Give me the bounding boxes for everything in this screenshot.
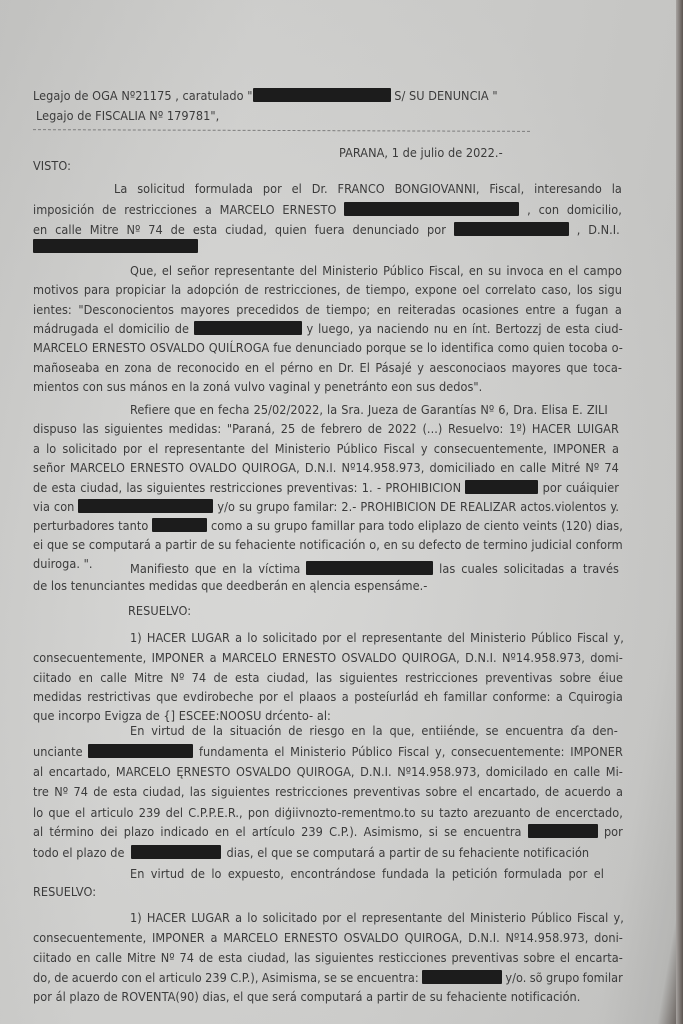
body-text-line: mientos con sus mános en la zoná vulvo v…: [33, 379, 482, 395]
word: acuerdo: [72, 970, 118, 986]
word: domicilio,: [567, 202, 622, 218]
word: Dr.: [338, 360, 354, 376]
word: acuerdo: [564, 784, 610, 800]
word: plaaos: [299, 689, 336, 705]
redaction-bar: [422, 970, 502, 984]
word: encuentra: [463, 824, 521, 840]
word: se: [410, 340, 423, 356]
legajo-fiscalia-text: Legajo de FISCALIA Nº 179781",: [36, 108, 219, 123]
word: Que,: [130, 263, 157, 279]
word: Mitre: [90, 222, 119, 238]
word: tre: [33, 784, 49, 800]
word: las: [126, 480, 142, 496]
word: tazto: [439, 805, 468, 821]
word: a: [155, 537, 162, 553]
body-text-line: de los tenunciantes medidas que deedberá…: [33, 578, 427, 594]
word: que,: [389, 723, 414, 739]
word: MARCELO: [220, 202, 275, 218]
word: por: [259, 689, 278, 705]
word: restricciones: [210, 480, 283, 496]
word: o-: [612, 340, 623, 356]
word: ínt.: [472, 321, 491, 337]
word: y: [421, 441, 428, 457]
word: esta: [52, 480, 76, 496]
word: en: [351, 723, 365, 739]
word: lo: [46, 441, 56, 457]
word: Público: [352, 744, 393, 760]
word: porque: [366, 340, 406, 356]
body-text-line: medidasrestrictivasqueevdirobecheporelpl…: [33, 689, 623, 705]
word: de: [403, 402, 417, 418]
word: encuentra: [505, 723, 563, 739]
word: fuera: [315, 222, 345, 238]
word: medidas: [33, 689, 82, 705]
word: OSVALDO: [150, 340, 205, 356]
word: ciudad,: [80, 480, 122, 496]
word: de: [33, 480, 47, 496]
body-text-line: viacony/osugrupofamilar:2.-PROHIBICIONDE…: [33, 499, 619, 515]
word: el: [346, 910, 356, 926]
word: y,: [613, 910, 623, 926]
word: dias,: [596, 518, 623, 534]
word: interesando: [534, 181, 602, 197]
word: encuentra:: [357, 970, 419, 986]
body-text-line: consecuentemente,IMPONERaMARCELOERNESTOO…: [33, 930, 623, 946]
word: de: [157, 360, 171, 376]
word: a: [616, 784, 623, 800]
word: Nº: [585, 460, 599, 476]
word: FRANCO: [338, 181, 385, 197]
word: grupo: [546, 970, 579, 986]
word: en: [469, 263, 483, 279]
word: esta: [218, 950, 242, 966]
word: en: [500, 460, 514, 476]
word: a: [33, 441, 40, 457]
word: en: [318, 360, 332, 376]
word: solicitado: [62, 441, 117, 457]
word: de: [93, 784, 107, 800]
text-run: RESUELVO:: [128, 603, 191, 618]
word: restricciones,: [264, 282, 340, 298]
legajo-oga-text: Legajo de OGA Nº21175 , caratulado ": [33, 88, 253, 103]
word: el: [560, 950, 570, 966]
body-text-line: señorMARCELOERNESTOOVALDOQUIROGA,D.N.I.N…: [33, 460, 619, 476]
word: el: [75, 805, 85, 821]
word: ientes:: [33, 302, 72, 318]
word: termino: [483, 537, 528, 553]
word: propiciar: [115, 282, 165, 298]
text-run: que incorpo Evigza de {] ESCEE:NOOSU drć…: [33, 708, 331, 723]
word: mañoseaba: [33, 360, 100, 376]
word: de: [175, 321, 189, 337]
word: pon: [248, 805, 269, 821]
word: consecuentemente,: [33, 650, 146, 666]
word: o,: [369, 537, 380, 553]
word: (120): [561, 518, 592, 534]
body-text-line: LasolicitudformuladaporelDr.FRANCOBONGIO…: [114, 181, 622, 197]
word: QUIROGA,: [297, 764, 355, 780]
word: Mitre: [134, 670, 163, 686]
word: esta: [235, 670, 259, 686]
body-text-line: mañoseabaenzonadereconocidoenelpérnoenDr…: [33, 360, 622, 376]
word: expone: [415, 282, 457, 298]
word: 2022: [388, 421, 417, 437]
word: siguientes: [315, 950, 374, 966]
word: siguientes: [211, 784, 270, 800]
resuelvo-heading: RESUELVO:: [33, 884, 96, 900]
word: eliplazo: [418, 518, 462, 534]
word: al: [33, 824, 43, 840]
word: QUIROGA,: [402, 650, 460, 666]
word: de: [192, 723, 206, 739]
word: cuáiquier: [566, 480, 619, 496]
word: El: [360, 360, 370, 376]
word: lo: [33, 805, 43, 821]
word: en: [377, 302, 391, 318]
word: eh: [424, 689, 438, 705]
word: señor: [177, 263, 209, 279]
body-text-line: ciitadoencalleMitreNº74deestaciudad,lass…: [33, 950, 623, 966]
word: en: [76, 950, 90, 966]
word: la: [612, 181, 622, 197]
text-run: de los tenunciantes medidas que deedberá…: [33, 578, 427, 593]
body-text-line: [33, 239, 204, 255]
word: a: [342, 689, 349, 705]
word: Nº: [480, 402, 494, 418]
word: sigu: [598, 282, 622, 298]
word: En: [130, 723, 144, 739]
word: 25/02/2022,: [254, 402, 323, 418]
word: del: [166, 805, 183, 821]
word: de: [536, 805, 550, 821]
word: Garantías: [421, 402, 476, 418]
word: por: [123, 441, 142, 457]
word: nu: [434, 321, 448, 337]
word: de: [213, 670, 227, 686]
word: Nº14.958.973,: [506, 930, 589, 946]
word: fundada: [382, 866, 429, 882]
word: se: [324, 970, 337, 986]
word: lo: [211, 866, 221, 882]
word: de: [465, 537, 479, 553]
dashed-divider: [33, 129, 530, 132]
word: 74: [73, 784, 88, 800]
word: en: [105, 360, 119, 376]
word: en: [453, 321, 467, 337]
word: ciudad,: [143, 784, 185, 800]
word: esta: [113, 784, 137, 800]
word: preventivas: [485, 670, 552, 686]
word: 2.-: [341, 499, 356, 515]
word: preventivas: [353, 784, 420, 800]
word: Ministerio: [470, 910, 526, 926]
word: ,: [527, 202, 531, 218]
word: entiiénde,: [421, 723, 478, 739]
body-text-line: deestaciudad,lassiguientesrestriccionesp…: [33, 480, 619, 496]
word: artículo: [252, 824, 295, 840]
word: Mi-: [606, 764, 623, 780]
word: naciendo: [377, 321, 429, 337]
word: de: [200, 537, 214, 553]
word: zona: [125, 360, 152, 376]
word: el: [162, 263, 172, 279]
word: Nº14.958.973,: [502, 650, 585, 666]
word: luego,: [318, 321, 353, 337]
word: a: [615, 302, 622, 318]
word: adopción: [187, 282, 239, 298]
word: grupo: [256, 499, 289, 515]
word: diģiivnozto-rementmo.to: [274, 805, 415, 821]
word: calle: [95, 950, 122, 966]
word: IMPONER: [152, 930, 205, 946]
word: se: [444, 824, 457, 840]
word: Público: [337, 441, 378, 457]
word: reconocido: [177, 360, 240, 376]
word: lo: [427, 340, 437, 356]
word: domi-: [590, 650, 623, 666]
word: perturbadores: [33, 518, 114, 534]
word: ZILI: [587, 402, 608, 418]
body-text-line: ientes:"Desconocientosmayoresprecedidosd…: [33, 302, 622, 318]
word: La: [114, 181, 127, 197]
word: ciitado: [33, 950, 71, 966]
word: la: [171, 282, 181, 298]
word: por: [543, 480, 562, 496]
word: unciante: [33, 744, 83, 760]
word: de: [244, 282, 258, 298]
word: por: [568, 866, 587, 882]
word: y: [307, 321, 314, 337]
word: Manifiesto: [130, 561, 189, 577]
word: tiempo;: [326, 302, 370, 318]
word: en: [384, 537, 398, 553]
word: como: [498, 340, 529, 356]
redaction-bar: [194, 321, 302, 335]
word: lo: [247, 630, 257, 646]
word: de: [301, 421, 315, 437]
word: den-: [592, 723, 618, 739]
word: en: [549, 263, 563, 279]
word: calle: [574, 764, 601, 780]
word: solicitud: [137, 181, 185, 197]
body-text-line: motivosparapropiciarlaadopciónderestricc…: [33, 282, 622, 298]
word: MARCELO: [222, 650, 277, 666]
word: ERNESTO: [284, 930, 338, 946]
word: los: [577, 282, 593, 298]
word: de: [54, 970, 68, 986]
word: las: [294, 950, 310, 966]
word: calle: [100, 670, 127, 686]
word: y,: [613, 630, 623, 646]
word: del: [448, 910, 465, 926]
word: OSVALDO: [341, 650, 396, 666]
word: Jueza: [368, 402, 399, 418]
word: En: [130, 866, 144, 882]
word: 1.: [362, 480, 373, 496]
word: que: [48, 805, 70, 821]
word: sõ: [530, 970, 543, 986]
word: -: [377, 480, 381, 496]
redaction-bar: [528, 824, 598, 838]
word: fomilar: [583, 970, 623, 986]
word: D.N.I.: [468, 930, 500, 946]
word: oel: [462, 282, 479, 298]
word: encerctado,: [555, 805, 623, 821]
body-text-line: Que,elseñorrepresentantedelMinisterioPúb…: [130, 263, 622, 279]
word: quien: [275, 222, 307, 238]
word: la: [327, 402, 337, 418]
word: representante: [164, 441, 245, 457]
word: LUGAR: [191, 630, 230, 646]
word: Refiere: [130, 402, 170, 418]
word: DE: [440, 499, 456, 515]
word: quien: [533, 340, 565, 356]
word: de: [199, 950, 213, 966]
word: judicial: [531, 537, 572, 553]
word: las: [316, 670, 332, 686]
word: formulada: [195, 181, 253, 197]
word: MARCELO: [116, 764, 171, 780]
word: Fiscal,: [489, 181, 524, 197]
body-text-line: mádrugadaeldomiciliodeyluego,yanaciendon…: [33, 321, 623, 337]
word: Nº14.958.973,: [397, 764, 480, 780]
word: articulo: [159, 970, 202, 986]
word: Fiscal,: [429, 263, 464, 279]
word: LUIGAR: [577, 421, 619, 437]
word: medidas:: [169, 421, 222, 437]
word: (...): [422, 421, 442, 437]
word: Ministerio: [322, 263, 378, 279]
redaction-bar: [454, 222, 569, 236]
word: PROHIBICION: [360, 499, 436, 515]
word: actos.violentos: [520, 499, 606, 515]
word: calle: [55, 222, 82, 238]
word: virtud: [151, 866, 185, 882]
word: HACER: [147, 630, 186, 646]
word: su: [421, 805, 434, 821]
visto-heading: VISTO:: [33, 158, 71, 174]
legajo-oga-suffix: S/ SU DENUNCIA ": [394, 88, 497, 103]
word: y/o.: [505, 970, 526, 986]
word: Sra.: [341, 402, 364, 418]
word: Mitré: [551, 460, 580, 476]
word: mádrugada: [33, 321, 99, 337]
word: de: [191, 866, 205, 882]
body-text-line: 1)HACERLUGARalosolicitadoporelrepresenta…: [130, 630, 624, 646]
word: a: [570, 561, 577, 577]
word: Público: [383, 263, 424, 279]
word: que: [566, 360, 588, 376]
word: 74: [148, 222, 163, 238]
word: Ministerio: [290, 744, 346, 760]
word: siguientes: [147, 480, 206, 496]
word: fehaciente: [235, 537, 296, 553]
word: la: [242, 561, 252, 577]
redaction-bar: [78, 499, 213, 513]
word: ERNESTO: [130, 460, 184, 476]
word: a: [556, 689, 563, 705]
word: motivos: [33, 282, 78, 298]
word: mayores: [512, 360, 561, 376]
word: Ministerio: [470, 630, 526, 646]
word: ciudad,: [267, 670, 309, 686]
word: Nº: [54, 784, 68, 800]
word: las: [439, 561, 455, 577]
word: el: [145, 970, 155, 986]
body-text-line: por ál plazo de ROVENTA(90) dias, el que…: [33, 989, 580, 1005]
word: articulo: [90, 805, 133, 821]
word: ciud-: [595, 321, 623, 337]
word: Nº14.958.973,: [342, 460, 425, 476]
word: QUIĹROGA: [209, 340, 270, 356]
word: denunciado: [295, 340, 362, 356]
word: QUIROGA,: [405, 930, 463, 946]
word: grupo: [274, 518, 307, 534]
word: el: [148, 441, 158, 457]
body-text-line: encalleMitreNº74deestaciudad,quienfuerad…: [33, 222, 620, 238]
word: restrictivas: [87, 689, 150, 705]
word: en: [79, 670, 93, 686]
word: denunciado: [353, 222, 420, 238]
word: entre: [525, 302, 555, 318]
word: solicitado: [263, 630, 318, 646]
word: de: [346, 282, 360, 298]
word: preventivas: [451, 950, 518, 966]
word: el: [594, 866, 604, 882]
word: dispuso: [33, 421, 77, 437]
word: el: [292, 181, 302, 197]
word: restricciones: [124, 202, 197, 218]
word: ei: [33, 537, 43, 553]
word: con: [539, 202, 560, 218]
word: dei: [100, 824, 117, 840]
word: defecto: [418, 537, 461, 553]
word: virtud: [151, 723, 185, 739]
redaction-bar: [306, 561, 433, 575]
word: MARCELO: [70, 460, 125, 476]
word: campo: [583, 263, 622, 279]
word: representante: [214, 263, 295, 279]
word: Asimismo,: [364, 824, 423, 840]
word: en: [33, 222, 47, 238]
word: Asimisma,: [262, 970, 321, 986]
word: computará: [89, 537, 151, 553]
word: que: [195, 561, 217, 577]
word: a: [235, 630, 242, 646]
body-text-line: imposiciónderestriccionesaMARCELOERNESTO…: [33, 202, 622, 218]
word: restricciones: [405, 670, 478, 686]
word: el: [104, 321, 114, 337]
word: REALIZAR: [460, 499, 516, 515]
word: C.P.P.E.R.,: [188, 805, 242, 821]
redaction-bar: [131, 845, 221, 859]
word: representante: [362, 910, 443, 926]
word: ciento: [484, 518, 519, 534]
word: encartado,: [49, 764, 111, 780]
word: al: [33, 764, 43, 780]
word: BONGIOVANNI,: [395, 181, 480, 197]
word: reiteradas: [398, 302, 456, 318]
word: fugan: [576, 302, 609, 318]
word: y.: [610, 499, 619, 515]
word: toca-: [593, 360, 622, 376]
word: Público: [531, 910, 572, 926]
word: aesconociaos: [429, 360, 506, 376]
word: 74: [192, 670, 207, 686]
word: familar:: [293, 499, 337, 515]
word: siguientes: [104, 421, 163, 437]
body-text-line: Envirtuddelasituaciónderiesgoenlaque,ent…: [130, 723, 618, 739]
